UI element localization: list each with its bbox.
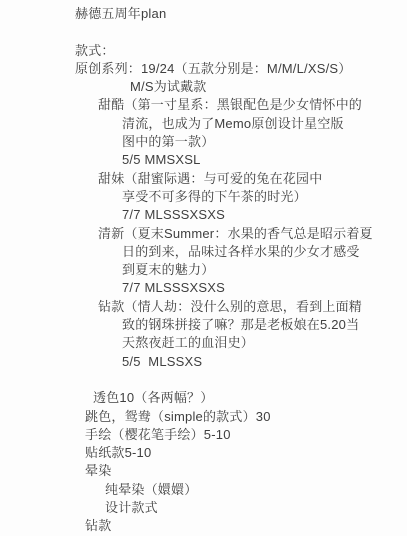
note-line: 甜妹（甜蜜际遇：与可爱的兔在花园中 (75, 170, 395, 188)
note-line: 享受不可多得的下午茶的时光） (75, 188, 395, 206)
note-line: 日的到来，品味过各样水果的少女才感受 (75, 243, 395, 261)
note-line: 5/5 MLSSXS (75, 353, 395, 371)
note-line: 原创系列：19/24（五款分别是：M/M/L/XS/S） (75, 60, 395, 78)
note-line: 钻款（情人劫：没什么别的意思，看到上面精 (75, 298, 395, 316)
note-body: 赫德五周年plan 款式： 原创系列：19/24（五款分别是：M/M/L/XS/… (75, 5, 395, 536)
note-line: 贴纸款5-10 (75, 444, 395, 462)
note-line: 图中的第一款） (75, 133, 395, 151)
note-title: 赫德五周年plan (75, 5, 395, 23)
note-line: 跳色，鸳鸯（simple的款式）30 (75, 408, 395, 426)
note-line: 7/7 MLSSSXSXS (75, 279, 395, 297)
note-line: 设计款式 (75, 499, 395, 517)
note-line: 晕染 (75, 462, 395, 480)
note-line: 清新（夏末Summer：水果的香气总是昭示着夏 (75, 225, 395, 243)
note-line: 天熬夜赶工的血泪史） (75, 334, 395, 352)
note-line: 透色10（各两幅？） (75, 389, 395, 407)
note-line: 7/7 MLSSSXSXS (75, 206, 395, 224)
note-line: 5/5 MMSXSL (75, 151, 395, 169)
note-line: 到夏末的魅力） (75, 261, 395, 279)
note-page: 赫德五周年plan 款式： 原创系列：19/24（五款分别是：M/M/L/XS/… (0, 0, 407, 536)
note-line: 纯晕染（嬛嬛） (75, 481, 395, 499)
note-line: 款式： (75, 42, 395, 60)
note-line: 钻款 (75, 517, 395, 535)
note-line: 手绘（樱花笔手绘）5-10 (75, 426, 395, 444)
note-line: 甜酷（第一寸星系：黑银配色是少女情怀中的 (75, 96, 395, 114)
note-line: 致的钢珠拼接了嘛？那是老板娘在5.20当 (75, 316, 395, 334)
note-line: M/S为试戴款 (75, 78, 395, 96)
note-line: 清流，也成为了Memo原创设计星空版 (75, 115, 395, 133)
